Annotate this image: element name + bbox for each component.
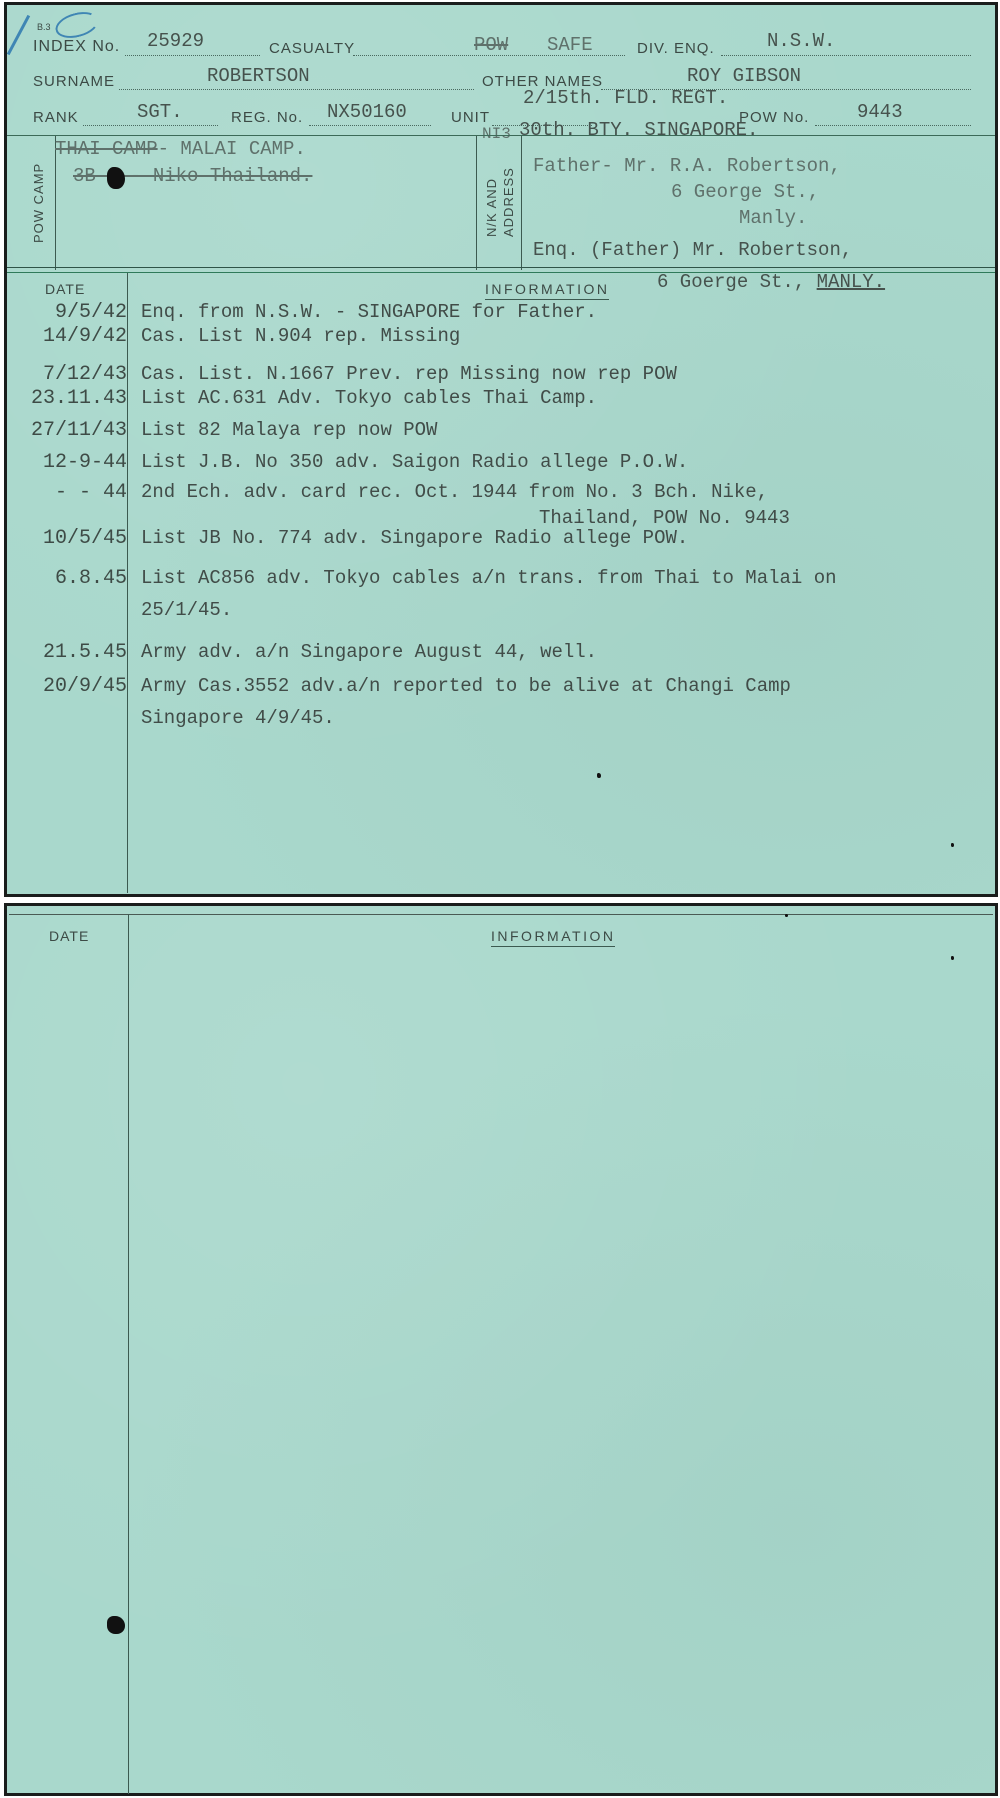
log-entry: List J.B. No 350 adv. Saigon Radio alleg… (141, 451, 688, 473)
back-top-rule (9, 914, 993, 915)
index-value: 25929 (147, 30, 204, 52)
index-card-back: DATE INFORMATION (4, 903, 998, 1796)
back-information-header: INFORMATION (491, 928, 615, 947)
pow-no-label: POW No. (739, 109, 809, 126)
ink-dot (597, 773, 601, 778)
nk-line-2: 6 George St., (671, 181, 819, 203)
log-entry: List 82 Malaya rep now POW (141, 419, 437, 441)
back-date-header: DATE (49, 928, 89, 944)
log-date: 14/9/42 (5, 325, 127, 348)
index-card-front: B.3 INDEX No. 25929 CASUALTY POW SAFE DI… (4, 2, 998, 897)
log-entry: List AC.631 Adv. Tokyo cables Thai Camp. (141, 387, 597, 409)
log-date: 27/11/43 (5, 419, 127, 442)
log-date: 21.5.45 (5, 641, 127, 664)
unit-prefix: NI3 (482, 125, 511, 143)
log-entry: Enq. from N.S.W. - SINGAPORE for Father. (141, 301, 597, 323)
rank-dotted-line (83, 125, 218, 126)
date-column-divider (127, 273, 128, 893)
log-date: 7/12/43 (5, 363, 127, 386)
log-entry-continuation: Thailand, POW No. 9443 (539, 507, 790, 529)
ink-dot (785, 914, 788, 917)
pow-camp-line-1: THAI CAMP- MALAI CAMP. (55, 138, 306, 160)
header-rule (7, 135, 995, 136)
unit-line-2: 30th. BTY. SINGAPORE. (519, 119, 758, 141)
log-entry-continuation: 25/1/45. (141, 599, 232, 621)
reg-no-value: NX50160 (327, 101, 407, 123)
corner-mark: B.3 (37, 22, 51, 32)
nk-overflow-line: 6 Goerge St., MANLY. (657, 271, 885, 293)
ink-dot (951, 843, 954, 847)
section-rule-1 (7, 267, 995, 268)
log-entry: List AC856 adv. Tokyo cables a/n trans. … (141, 567, 837, 589)
log-date: 9/5/42 (5, 301, 127, 324)
log-date: 12-9-44 (5, 451, 127, 474)
pow-camp-label: POW CAMP (31, 163, 46, 243)
rank-label: RANK (33, 109, 79, 126)
surname-label: SURNAME (33, 73, 115, 90)
log-entry: Army Cas.3552 adv.a/n reported to be ali… (141, 675, 791, 697)
nk-right-divider (521, 136, 522, 270)
nk-overflow-address: 6 Goerge St., (657, 271, 817, 293)
unit-label: UNIT (451, 109, 490, 126)
log-date: 10/5/45 (5, 527, 127, 550)
log-entry: Army adv. a/n Singapore August 44, well. (141, 641, 597, 663)
information-header: INFORMATION (485, 281, 609, 300)
casualty-label: CASUALTY (269, 40, 355, 57)
log-entry: Cas. List N.904 rep. Missing (141, 325, 460, 347)
log-entry: List JB No. 774 adv. Singapore Radio all… (141, 527, 688, 549)
other-names-value: ROY GIBSON (687, 65, 801, 87)
index-dotted-line (125, 55, 260, 56)
pen-slash-mark (7, 15, 30, 55)
nk-overflow-city: MANLY. (817, 271, 885, 293)
log-date: 20/9/45 (5, 675, 127, 698)
casualty-struck-text: POW (474, 34, 508, 56)
log-entry: 2nd Ech. adv. card rec. Oct. 1944 from N… (141, 481, 768, 503)
pow-camp-current: - MALAI CAMP. (158, 138, 306, 160)
nk-left-divider (476, 136, 477, 270)
pow-no-dotted-line (815, 125, 971, 126)
log-entry-continuation: Singapore 4/9/45. (141, 707, 335, 729)
nk-line-1: Father- Mr. R.A. Robertson, (533, 155, 841, 177)
reg-no-dotted-line (309, 125, 431, 126)
div-enq-dotted-line (721, 55, 971, 56)
ink-dot (951, 956, 954, 960)
pow-no-value: 9443 (857, 101, 903, 123)
nk-label-2: ADDRESS (501, 167, 516, 237)
surname-value: ROBERTSON (207, 65, 310, 87)
casualty-struck-value: POW (474, 34, 508, 56)
punch-hole-bottom (107, 1616, 125, 1634)
div-enq-label: DIV. ENQ. (637, 40, 715, 57)
surname-dotted-line (119, 89, 474, 90)
nk-line-4: Enq. (Father) Mr. Robertson, (533, 239, 852, 261)
rank-value: SGT. (137, 101, 183, 123)
div-enq-value: N.S.W. (767, 30, 835, 52)
nk-label-1: N/K AND (484, 178, 499, 237)
punch-hole-top (107, 167, 125, 189)
unit-line-1: 2/15th. FLD. REGT. (523, 87, 728, 109)
log-date: 6.8.45 (5, 567, 127, 590)
log-entry: Cas. List. N.1667 Prev. rep Missing now … (141, 363, 677, 385)
reg-no-label: REG. No. (231, 109, 303, 126)
nk-line-3: Manly. (739, 207, 807, 229)
index-label: INDEX No. (33, 38, 120, 56)
log-date: - - 44 (5, 481, 127, 504)
casualty-value: SAFE (547, 34, 593, 56)
date-header: DATE (45, 281, 85, 297)
log-date: 23.11.43 (5, 387, 127, 410)
pow-camp-struck-1: THAI CAMP (55, 138, 158, 160)
back-date-column-divider (128, 914, 129, 1794)
